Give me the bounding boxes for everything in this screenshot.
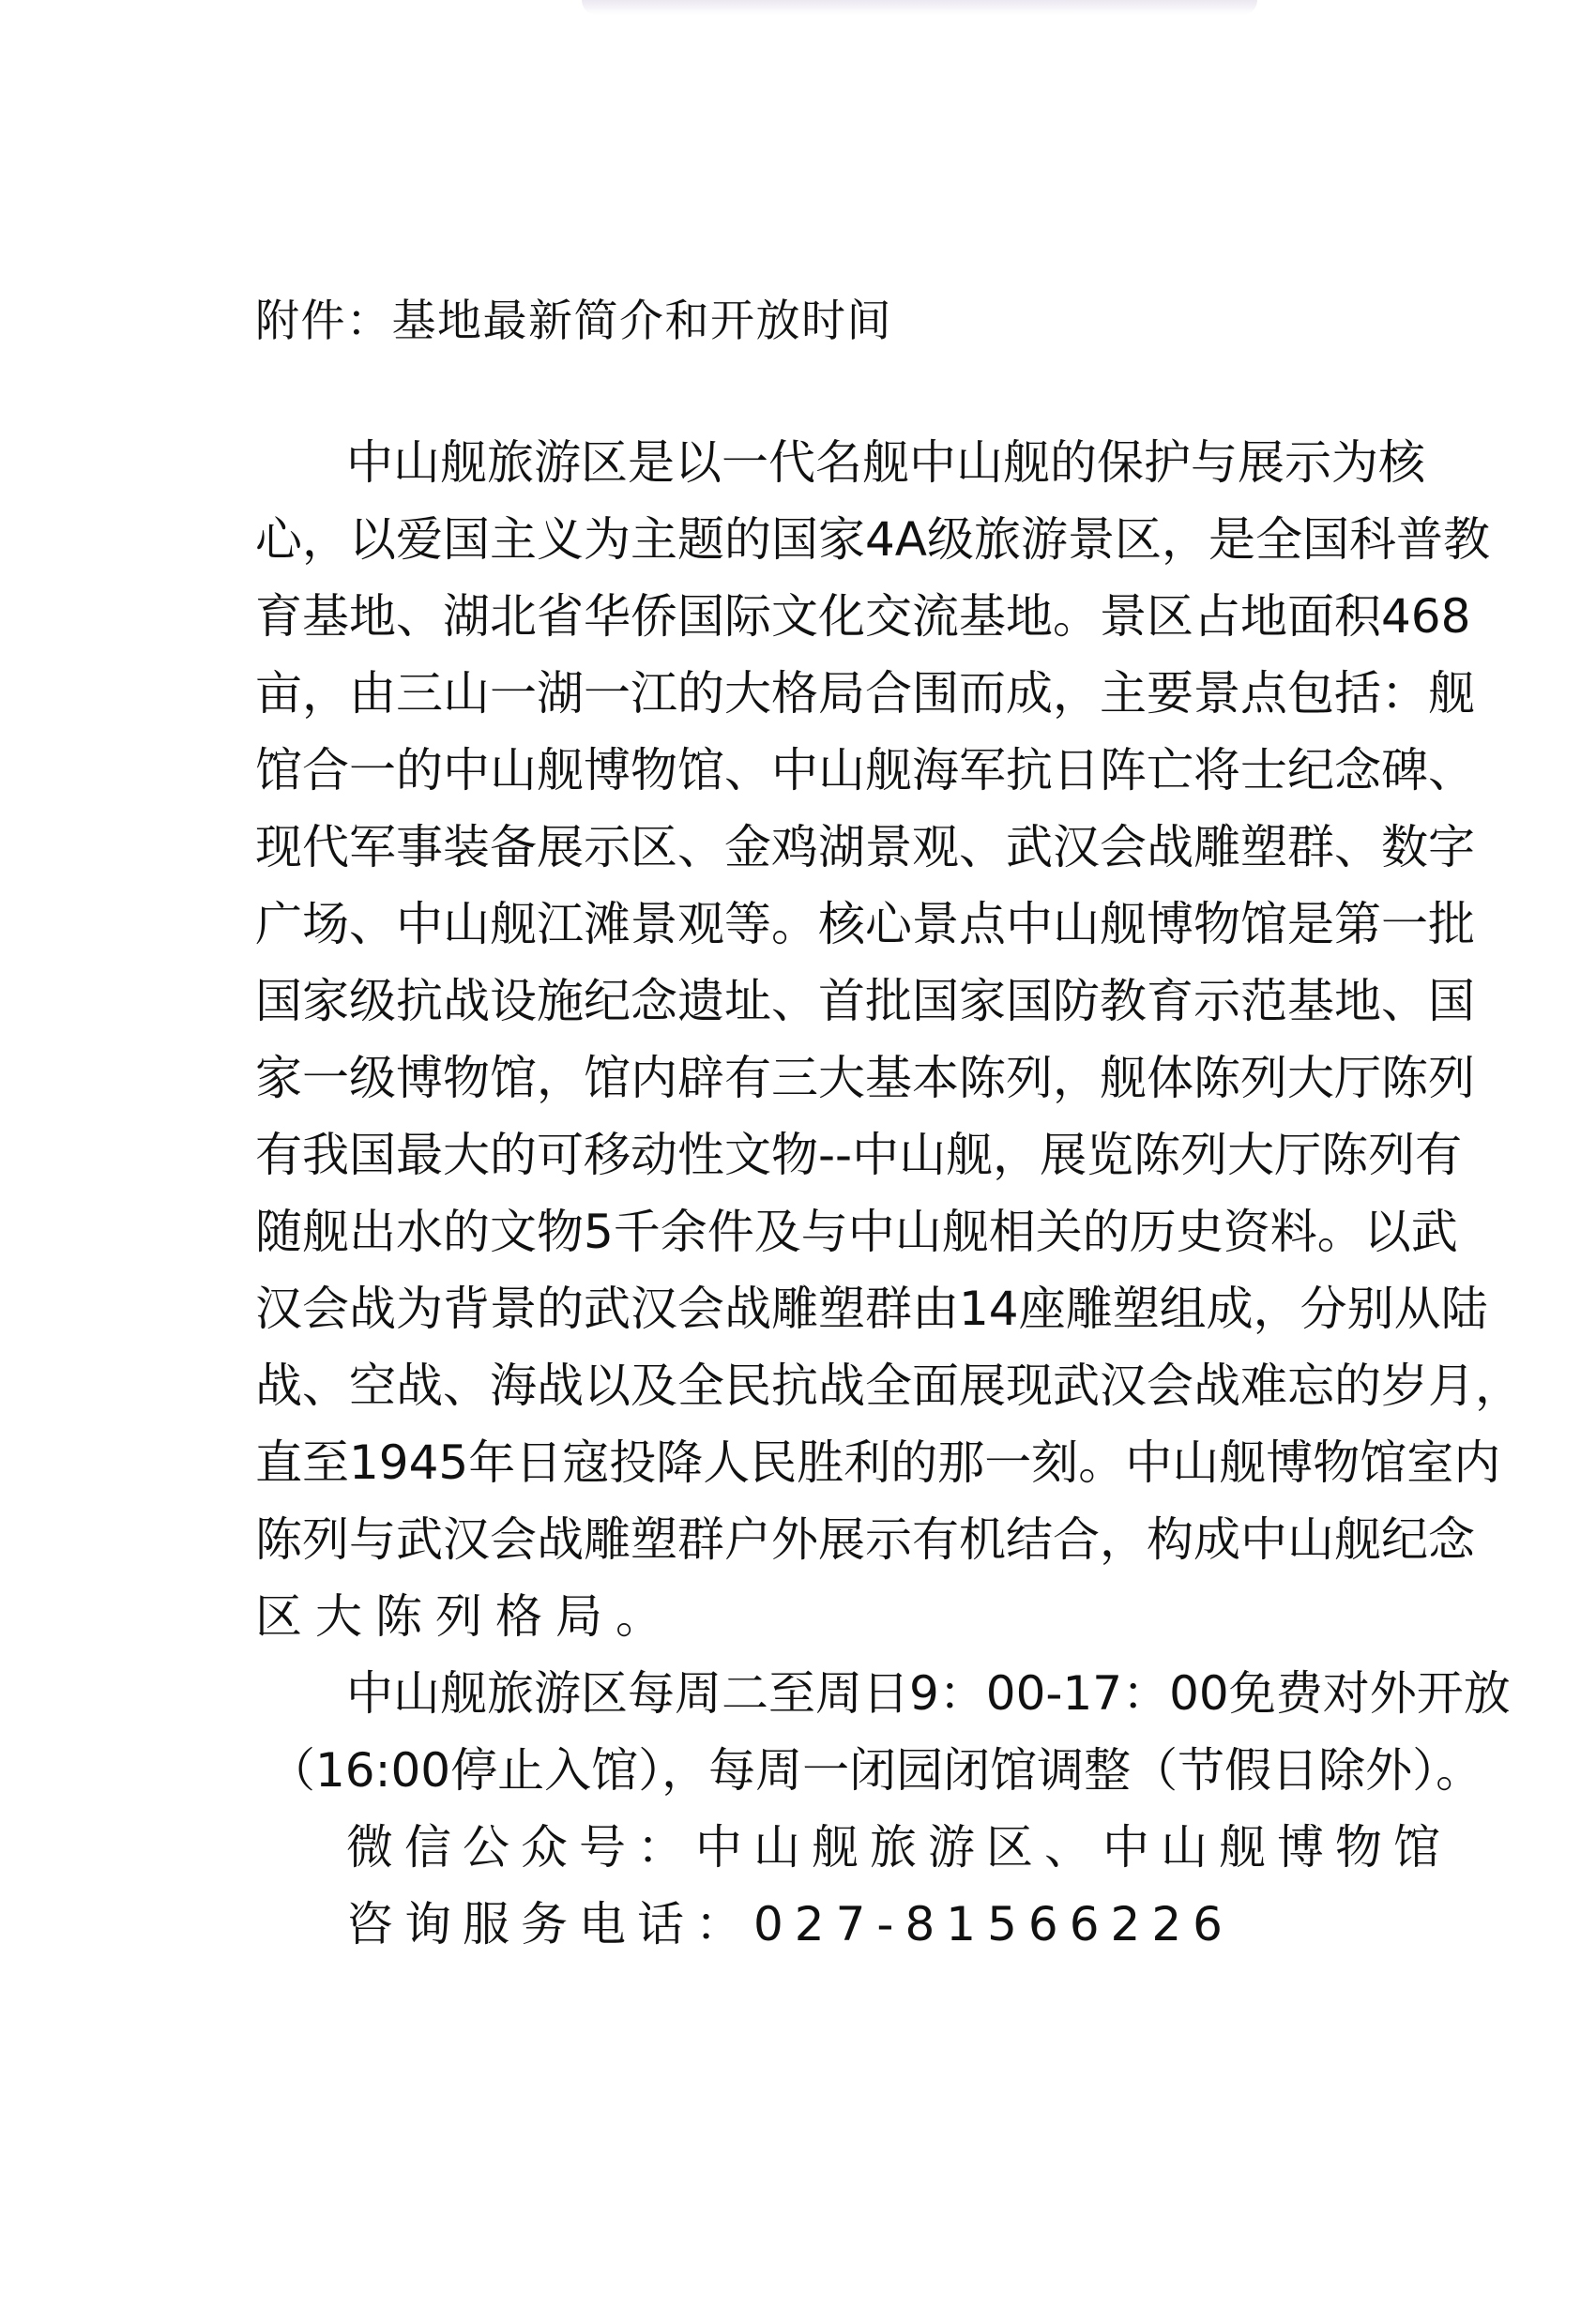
opening-hours-paragraph: 中山舰旅游区每周二至周日9：00-17：00免费对外开放 （16:00停止入馆）…	[255, 1664, 1364, 1818]
service-phone-text: 咨询服务电话：027-81566226	[255, 1895, 1364, 1972]
paragraph-line: 随舰出水的文物5千余件及与中山舰相关的历史资料。以武	[255, 1203, 1364, 1280]
paragraph-line: 汉会战为背景的武汉会战雕塑群由14座雕塑组成，分别从陆	[255, 1280, 1364, 1357]
paragraph-line: 广场、中山舰江滩景观等。核心景点中山舰博物馆是第一批	[255, 895, 1364, 972]
opening-hours-line: 中山舰旅游区每周二至周日9：00-17：00免费对外开放	[255, 1664, 1364, 1741]
paragraph-line: 馆合一的中山舰博物馆、中山舰海军抗日阵亡将士纪念碑、	[255, 741, 1364, 818]
paragraph-line: 亩，由三山一湖一江的大格局合围而成，主要景点包括：舰	[255, 664, 1364, 741]
paragraph-line: 育基地、湖北省华侨国际文化交流基地。景区占地面积468	[255, 587, 1364, 664]
paragraph-line: 战、空战、海战以及全民抗战全面展现武汉会战难忘的岁月，	[255, 1357, 1364, 1434]
wechat-account-text: 微信公众号：中山舰旅游区、中山舰博物馆	[255, 1818, 1364, 1895]
paragraph-line: 区大陈列格局。	[255, 1587, 1364, 1664]
paragraph-line: 国家级抗战设施纪念遗址、首批国家国防教育示范基地、国	[255, 972, 1364, 1049]
paragraph-line: 中山舰旅游区是以一代名舰中山舰的保护与展示为核	[255, 433, 1364, 510]
scan-bleed-artifact	[582, 0, 1257, 15]
intro-paragraph: 中山舰旅游区是以一代名舰中山舰的保护与展示为核 心，以爱国主义为主题的国家4A级…	[255, 433, 1364, 1664]
paragraph-line: 现代军事装备展示区、金鸡湖景观、武汉会战雕塑群、数字	[255, 818, 1364, 895]
contact-info: 微信公众号：中山舰旅游区、中山舰博物馆 咨询服务电话：027-81566226	[255, 1818, 1364, 1972]
paragraph-line: 陈列与武汉会战雕塑群户外展示有机结合，构成中山舰纪念	[255, 1511, 1364, 1587]
paragraph-line: 心，以爱国主义为主题的国家4A级旅游景区，是全国科普教	[255, 510, 1364, 587]
paragraph-line: 有我国最大的可移动性文物--中山舰，展览陈列大厅陈列有	[255, 1126, 1364, 1203]
paragraph-line: 家一级博物馆，馆内辟有三大基本陈列，舰体陈列大厅陈列	[255, 1049, 1364, 1126]
document-title: 附件：基地最新简介和开放时间	[255, 293, 892, 351]
paragraph-line: 直至1945年日寇投降人民胜利的那一刻。中山舰博物馆室内	[255, 1434, 1364, 1511]
document-body: 中山舰旅游区是以一代名舰中山舰的保护与展示为核 心，以爱国主义为主题的国家4A级…	[255, 433, 1364, 1972]
opening-hours-line: （16:00停止入馆），每周一闭园闭馆调整（节假日除外）。	[255, 1741, 1364, 1818]
